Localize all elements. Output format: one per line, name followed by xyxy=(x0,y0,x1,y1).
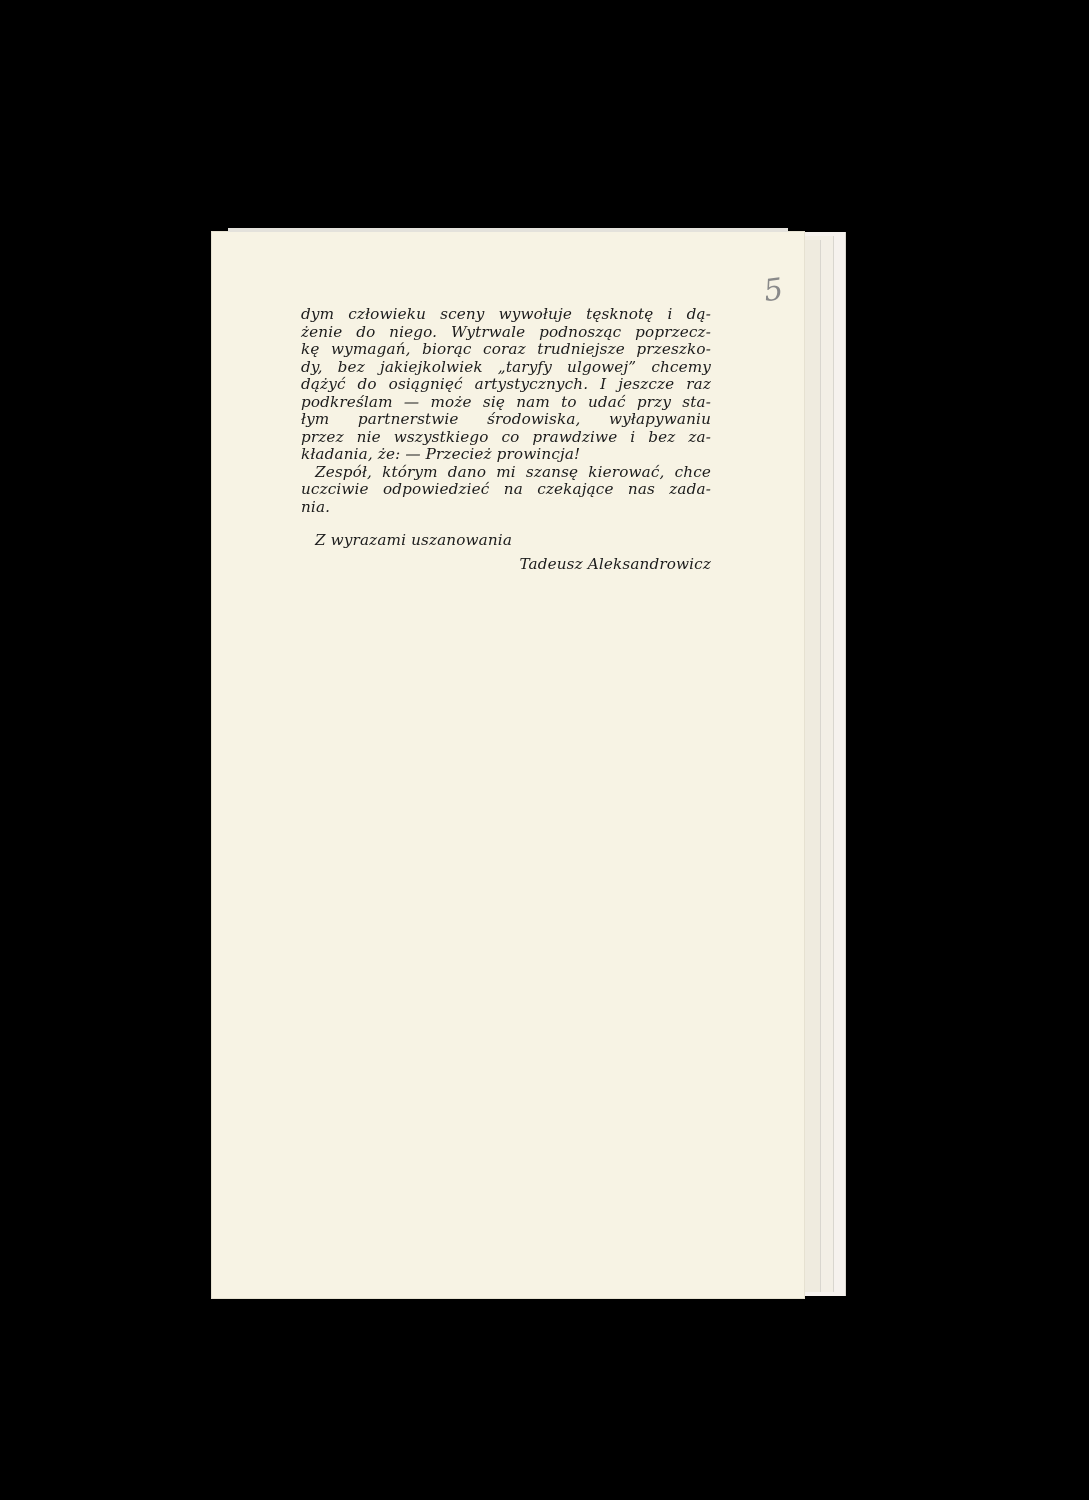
letter-closing: Z wyrazami uszanowania xyxy=(301,532,711,550)
text-line: łym partnerstwie środowiska, wyłapywaniu xyxy=(301,411,711,429)
text-line: przez nie wszystkiego co prawdziwe i bez… xyxy=(301,429,711,447)
document-page: 5 dym człowieku sceny wywołuje tęsknotę … xyxy=(211,231,805,1299)
text-line: Zespół, którym dano mi szansę kierować, … xyxy=(301,464,711,482)
text-line: kładania, że: — Przecież prowincja! xyxy=(301,446,711,464)
letter-body: dym człowieku sceny wywołuje tęsknotę i … xyxy=(301,306,711,573)
text-line: podkreślam — może się nam to udać przy s… xyxy=(301,394,711,412)
handwritten-page-number: 5 xyxy=(762,272,786,309)
text-line: żenie do niego. Wytrwale podnosząc poprz… xyxy=(301,324,711,342)
text-line: kę wymagań, biorąc coraz trudniejsze prz… xyxy=(301,341,711,359)
text-line: dym człowieku sceny wywołuje tęsknotę i … xyxy=(301,306,711,324)
text-line: dążyć do osiągnięć artystycznych. I jesz… xyxy=(301,376,711,394)
page-top-edge xyxy=(228,228,788,232)
letter-signature: Tadeusz Aleksandrowicz xyxy=(301,556,711,574)
text-line: nia. xyxy=(301,499,711,517)
text-line: uczciwie odpowiedzieć na czekające nas z… xyxy=(301,481,711,499)
text-line: dy, bez jakiejkolwiek „taryfy ulgowej” c… xyxy=(301,359,711,377)
